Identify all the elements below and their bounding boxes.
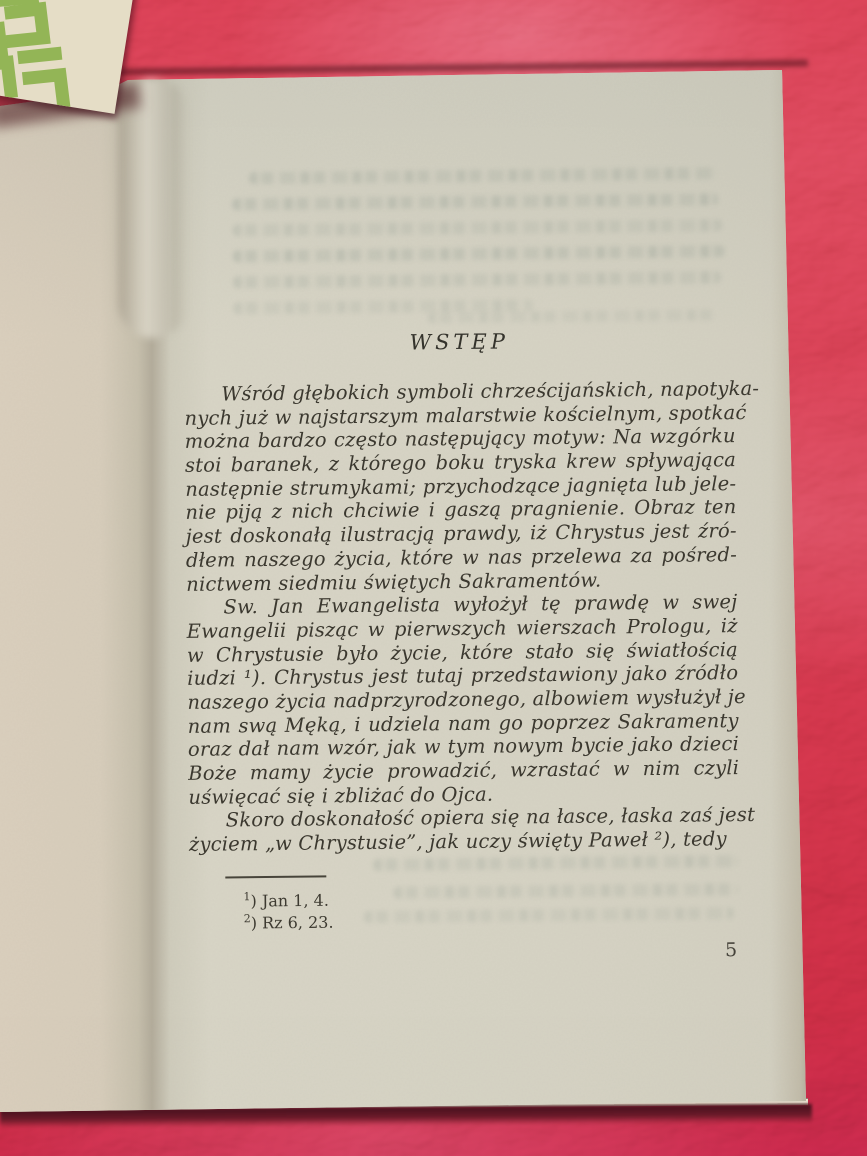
showthrough-line	[233, 245, 725, 262]
printed-text-layer: WSTĘP Wśród głębokich symboli chrześcija…	[0, 0, 867, 1156]
showthrough-line	[373, 855, 738, 871]
body-text: Wśród głębokich symboli chrześcijańskich…	[184, 377, 740, 856]
footnote-rule	[225, 875, 326, 878]
chapter-heading: WSTĘP	[184, 327, 735, 357]
page-number: 5	[716, 939, 746, 961]
showthrough-line	[233, 271, 721, 288]
footnote: 2) Rz 6, 23.	[244, 907, 334, 929]
photo-of-book-page: WSTĘP Wśród głębokich symboli chrześcija…	[0, 0, 867, 1156]
showthrough-line	[249, 167, 717, 184]
showthrough-line	[232, 193, 718, 210]
showthrough-line	[364, 907, 734, 923]
footnotes: 1) Jan 1, 4.2) Rz 6, 23.	[243, 885, 333, 929]
showthrough-line	[232, 219, 722, 236]
footnote: 1) Jan 1, 4.	[243, 885, 333, 907]
text-line: życiem „w Chrystusie”, jak uczy święty P…	[189, 827, 740, 856]
showthrough-line	[427, 309, 717, 323]
showthrough-line	[393, 883, 738, 899]
